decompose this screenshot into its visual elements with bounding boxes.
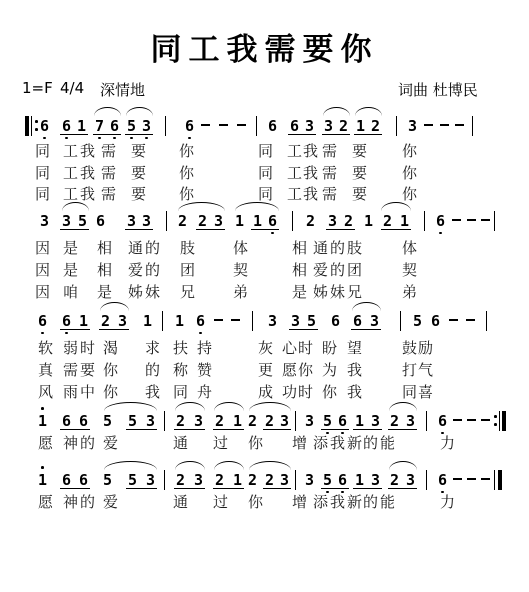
lyric-char: 是: [63, 240, 78, 257]
lyric-char: 弟: [233, 284, 248, 301]
eighth-beam: [353, 488, 382, 489]
repeat-dot: [35, 120, 38, 123]
lyric-char: 渴: [103, 340, 118, 357]
slur-arc: [214, 461, 244, 470]
eighth-beam: [60, 229, 89, 230]
slur-arc: [381, 202, 411, 211]
eighth-beam: [126, 429, 157, 430]
barline: [472, 116, 473, 136]
note-digit: 3: [280, 471, 289, 489]
duration-dash: [424, 124, 433, 126]
lyric-char: 你: [103, 362, 118, 379]
note-digit: 1: [356, 117, 365, 135]
note-digit: 5: [128, 412, 137, 430]
lyric-char: 软: [38, 340, 53, 357]
note-digit: 2: [390, 471, 399, 489]
slur-arc: [249, 461, 291, 470]
eighth-beam: [93, 134, 121, 135]
note-digit: 6: [268, 212, 277, 230]
duration-dash: [481, 219, 490, 221]
note-digit: 2: [248, 471, 257, 489]
eighth-beam: [60, 134, 88, 135]
note-digit: 6: [38, 312, 47, 330]
lyric-char: 同: [35, 165, 50, 182]
lyric-char: 的: [80, 494, 95, 511]
note-digit: 5: [103, 412, 112, 430]
lyric-char: 你: [298, 362, 313, 379]
octave-dot-low: [199, 332, 202, 335]
lyric-char: 神: [63, 494, 78, 511]
duration-dash: [453, 419, 462, 421]
note-digit: 3: [280, 412, 289, 430]
note-digit: 3: [408, 117, 417, 135]
lyric-char: 的: [80, 435, 95, 452]
lyric-char: 姊: [313, 284, 328, 301]
lyric-char: 兄: [180, 284, 195, 301]
lyric-char: 通: [173, 494, 188, 511]
lyric-char: 因: [35, 262, 50, 279]
lyric-char: 过: [213, 435, 228, 452]
lyric-char: 的: [363, 435, 378, 452]
octave-dot-low: [439, 232, 442, 235]
note-digit: 3: [305, 471, 314, 489]
lyric-char: 你: [248, 494, 263, 511]
barline: [31, 116, 32, 136]
lyric-char: 妹: [330, 284, 345, 301]
lyric-char: 弱: [63, 340, 78, 357]
barline: [400, 311, 401, 331]
lyric-char: 增: [292, 494, 307, 511]
slur-arc: [100, 302, 129, 311]
barline: [25, 116, 29, 136]
lyric-char: 你: [103, 384, 118, 401]
note-digit: 6: [290, 117, 299, 135]
note-digit: 2: [101, 312, 110, 330]
slur-arc: [62, 202, 89, 211]
octave-dot-high: [41, 466, 44, 469]
slur-arc: [235, 202, 279, 211]
lyric-char: 灰: [258, 340, 273, 357]
lyric-char: 更: [258, 362, 273, 379]
composer-credit: 词曲 杜博民: [398, 79, 478, 100]
slur-arc: [126, 107, 153, 116]
lyric-char: 心: [282, 340, 297, 357]
eighth-beam: [263, 488, 291, 489]
note-digit: 5: [323, 412, 332, 430]
note-digit: 6: [96, 212, 105, 230]
eighth-beam: [288, 134, 316, 135]
lyric-char: 爱: [103, 494, 118, 511]
note-digit: 6: [438, 412, 447, 430]
note-digit: 3: [194, 471, 203, 489]
note-digit: 6: [431, 312, 440, 330]
eighth-beam: [196, 229, 225, 230]
lyric-char: 咱: [63, 284, 78, 301]
duration-dash: [237, 124, 246, 126]
note-digit: 6: [40, 117, 49, 135]
lyric-char: 的: [330, 240, 345, 257]
barline: [166, 211, 167, 231]
lyric-char: 添: [313, 494, 328, 511]
lyric-char: 你: [402, 143, 417, 160]
lyric-char: 时: [298, 384, 313, 401]
duration-dash: [455, 124, 464, 126]
octave-dot-low: [130, 137, 133, 140]
eighth-beam: [326, 229, 355, 230]
lyric-char: 真: [38, 362, 53, 379]
lyric-char: 工: [63, 165, 78, 182]
eighth-beam: [174, 488, 205, 489]
barline: [396, 116, 397, 136]
slur-arc: [214, 402, 244, 411]
note-digit: 2: [344, 212, 353, 230]
duration-dash: [231, 319, 240, 321]
octave-dot-low: [65, 137, 68, 140]
lyric-char: 体: [402, 240, 417, 257]
note-digit: 6: [62, 471, 71, 489]
slur-arc: [104, 461, 157, 470]
note-digit: 3: [142, 212, 151, 230]
lyric-char: 的: [330, 262, 345, 279]
slur-arc: [104, 402, 157, 411]
barline: [426, 411, 427, 431]
lyric-char: 需: [322, 165, 337, 182]
eighth-beam: [125, 229, 153, 230]
lyric-char: 需: [101, 143, 116, 160]
lyric-char: 鼓: [402, 340, 417, 357]
note-digit: 6: [268, 117, 277, 135]
lyric-char: 要: [352, 165, 367, 182]
lyric-char: 的: [363, 494, 378, 511]
lyric-char: 工: [63, 186, 78, 203]
note-digit: 2: [176, 471, 185, 489]
eighth-beam: [388, 488, 417, 489]
lyric-char: 能: [380, 494, 395, 511]
note-digit: 1: [38, 471, 47, 489]
note-digit: 6: [62, 312, 71, 330]
lyric-char: 我: [303, 165, 318, 182]
lyric-char: 是: [97, 284, 112, 301]
note-digit: 5: [128, 471, 137, 489]
lyric-char: 你: [179, 186, 194, 203]
lyric-char: 同: [258, 186, 273, 203]
lyric-char: 需: [322, 186, 337, 203]
eighth-beam: [351, 329, 381, 330]
lyric-char: 团: [180, 262, 195, 279]
duration-dash: [481, 419, 490, 421]
note-digit: 2: [215, 412, 224, 430]
lyric-char: 同: [35, 143, 50, 160]
lyric-char: 姊: [128, 284, 143, 301]
lyric-char: 增: [292, 435, 307, 452]
slur-arc: [389, 461, 417, 470]
barline: [486, 311, 487, 331]
note-digit: 3: [268, 312, 277, 330]
lyric-char: 同: [258, 143, 273, 160]
eighth-beam: [251, 229, 279, 230]
slur-arc: [355, 107, 382, 116]
lyric-char: 我: [303, 186, 318, 203]
note-digit: 1: [355, 471, 364, 489]
note-digit: 3: [291, 312, 300, 330]
lyric-char: 工: [63, 143, 78, 160]
note-digit: 5: [413, 312, 422, 330]
lyric-char: 我: [80, 186, 95, 203]
note-digit: 3: [328, 212, 337, 230]
lyric-char: 过: [213, 494, 228, 511]
lyric-char: 我: [145, 384, 160, 401]
lyric-char: 肢: [180, 240, 195, 257]
slur-arc: [94, 107, 121, 116]
lyric-char: 团: [347, 262, 362, 279]
note-digit: 3: [214, 212, 223, 230]
lyric-char: 要: [131, 186, 146, 203]
note-digit: 1: [400, 212, 409, 230]
note-digit: 2: [176, 412, 185, 430]
lyric-char: 你: [402, 165, 417, 182]
eighth-beam: [60, 429, 90, 430]
lyric-char: 爱: [128, 262, 143, 279]
note-digit: 1: [38, 412, 47, 430]
song-title: 同工我需要你: [0, 24, 529, 69]
duration-dash: [452, 219, 461, 221]
note-digit: 3: [406, 412, 415, 430]
lyric-char: 工: [287, 143, 302, 160]
eighth-beam: [60, 488, 90, 489]
lyric-char: 你: [402, 186, 417, 203]
repeat-dot: [35, 128, 38, 131]
lyric-char: 通: [128, 240, 143, 257]
lyric-char: 要: [80, 362, 95, 379]
lyric-char: 要: [131, 143, 146, 160]
note-digit: 5: [78, 212, 87, 230]
slur-arc: [249, 402, 291, 411]
note-digit: 1: [233, 412, 242, 430]
duration-dash: [440, 124, 449, 126]
note-digit: 3: [146, 412, 155, 430]
note-digit: 6: [438, 471, 447, 489]
lyric-char: 能: [380, 435, 395, 452]
lyric-char: 的: [145, 262, 160, 279]
note-digit: 7: [95, 117, 104, 135]
eighth-beam: [213, 429, 244, 430]
slur-arc: [352, 302, 381, 311]
eighth-beam: [125, 134, 153, 135]
slur-arc: [175, 402, 205, 411]
repeat-dot: [494, 423, 497, 426]
note-digit: 3: [127, 212, 136, 230]
key-signature: 1=F: [22, 79, 53, 97]
octave-dot-low: [271, 232, 274, 235]
lyric-char: 持: [197, 340, 212, 357]
lyric-char: 因: [35, 240, 50, 257]
barline: [426, 470, 427, 490]
duration-dash: [467, 419, 476, 421]
lyric-char: 的: [145, 362, 160, 379]
lyric-char: 兄: [347, 284, 362, 301]
lyric-char: 契: [402, 262, 417, 279]
lyric-char: 我: [347, 362, 362, 379]
lyric-char: 同: [402, 384, 417, 401]
note-digit: 6: [110, 117, 119, 135]
lyric-char: 是: [292, 284, 307, 301]
time-signature: 4/4: [60, 79, 84, 97]
lyric-char: 励: [418, 340, 433, 357]
lyric-char: 爱: [313, 262, 328, 279]
note-digit: 3: [324, 117, 333, 135]
lyric-char: 要: [352, 186, 367, 203]
lyric-char: 要: [352, 143, 367, 160]
lyric-char: 因: [35, 284, 50, 301]
lyric-char: 打: [402, 362, 417, 379]
barline: [165, 116, 166, 136]
eighth-beam: [354, 134, 382, 135]
octave-dot-low: [43, 137, 46, 140]
lyric-char: 爱: [103, 435, 118, 452]
barline: [164, 470, 165, 490]
lyric-char: 需: [63, 362, 78, 379]
lyric-char: 你: [322, 384, 337, 401]
lyric-char: 工: [287, 165, 302, 182]
lyric-char: 赞: [197, 362, 212, 379]
note-digit: 3: [406, 471, 415, 489]
lyric-char: 添: [313, 435, 328, 452]
octave-dot-low: [188, 137, 191, 140]
note-digit: 2: [383, 212, 392, 230]
note-digit: 3: [305, 412, 314, 430]
lyric-char: 相: [292, 262, 307, 279]
lyric-char: 时: [298, 340, 313, 357]
barline: [494, 211, 495, 231]
note-digit: 5: [127, 117, 136, 135]
lyric-char: 弟: [402, 284, 417, 301]
note-digit: 3: [194, 412, 203, 430]
lyric-char: 为: [322, 362, 337, 379]
note-digit: 6: [338, 471, 347, 489]
lyric-char: 需: [322, 143, 337, 160]
duration-dash: [466, 319, 475, 321]
lyric-char: 我: [80, 165, 95, 182]
eighth-beam: [126, 488, 157, 489]
note-digit: 6: [338, 412, 347, 430]
lyric-char: 我: [330, 435, 345, 452]
barline: [502, 411, 506, 431]
octave-dot-high: [41, 407, 44, 410]
lyric-char: 时: [80, 340, 95, 357]
lyric-char: 你: [179, 165, 194, 182]
note-digit: 2: [390, 412, 399, 430]
eighth-beam: [388, 429, 417, 430]
lyric-char: 契: [233, 262, 248, 279]
note-digit: 1: [253, 212, 262, 230]
lyric-char: 工: [287, 186, 302, 203]
lyric-char: 舟: [197, 384, 212, 401]
lyric-char: 我: [330, 494, 345, 511]
eighth-beam: [321, 488, 349, 489]
lyric-char: 成: [258, 384, 273, 401]
note-digit: 1: [79, 312, 88, 330]
note-digit: 1: [355, 412, 364, 430]
note-digit: 6: [353, 312, 362, 330]
lyric-char: 你: [248, 435, 263, 452]
duration-dash: [467, 219, 476, 221]
expression-marking: 深情地: [100, 79, 145, 100]
duration-dash: [214, 319, 223, 321]
note-digit: 3: [40, 212, 49, 230]
lyric-char: 扶: [173, 340, 188, 357]
note-digit: 2: [178, 212, 187, 230]
lyric-char: 新: [347, 435, 362, 452]
duration-dash: [219, 124, 228, 126]
note-digit: 5: [323, 471, 332, 489]
lyric-char: 求: [145, 340, 160, 357]
lyric-char: 功: [282, 384, 297, 401]
lyric-char: 相: [292, 240, 307, 257]
lyric-char: 你: [179, 143, 194, 160]
octave-dot-low: [98, 137, 101, 140]
barline: [494, 470, 495, 490]
note-digit: 6: [436, 212, 445, 230]
note-digit: 6: [62, 117, 71, 135]
note-digit: 6: [196, 312, 205, 330]
octave-dot-low: [65, 332, 68, 335]
eighth-beam: [213, 488, 244, 489]
note-digit: 3: [118, 312, 127, 330]
slur-arc: [389, 402, 417, 411]
barline: [252, 311, 253, 331]
note-digit: 6: [62, 412, 71, 430]
lyric-char: 愿: [38, 435, 53, 452]
note-digit: 2: [198, 212, 207, 230]
lyric-char: 中: [80, 384, 95, 401]
sheet-page: 同工我需要你 1=F 4/4 深情地 词曲 杜博民 66176536663321…: [0, 0, 529, 592]
slur-arc: [323, 107, 350, 116]
eighth-beam: [263, 429, 291, 430]
note-digit: 2: [248, 412, 257, 430]
octave-dot-low: [41, 332, 44, 335]
slur-arc: [178, 202, 225, 211]
lyric-char: 愿: [282, 362, 297, 379]
eighth-beam: [321, 429, 349, 430]
lyric-char: 妹: [145, 284, 160, 301]
note-digit: 2: [265, 412, 274, 430]
note-digit: 1: [235, 212, 244, 230]
note-digit: 6: [331, 312, 340, 330]
duration-dash: [467, 478, 476, 480]
note-digit: 2: [371, 117, 380, 135]
note-digit: 1: [143, 312, 152, 330]
note-digit: 3: [370, 312, 379, 330]
lyric-char: 称: [173, 362, 188, 379]
duration-dash: [201, 124, 210, 126]
note-digit: 3: [146, 471, 155, 489]
lyric-char: 风: [38, 384, 53, 401]
lyric-char: 望: [347, 340, 362, 357]
lyric-char: 力: [440, 435, 455, 452]
barline: [499, 411, 500, 431]
barline: [424, 211, 425, 231]
eighth-beam: [99, 329, 129, 330]
lyric-char: 雨: [63, 384, 78, 401]
lyric-char: 力: [440, 494, 455, 511]
eighth-beam: [381, 229, 411, 230]
lyric-char: 通: [313, 240, 328, 257]
duration-dash: [449, 319, 458, 321]
lyric-char: 我: [347, 384, 362, 401]
note-digit: 1: [233, 471, 242, 489]
note-digit: 1: [364, 212, 373, 230]
lyric-char: 我: [80, 143, 95, 160]
